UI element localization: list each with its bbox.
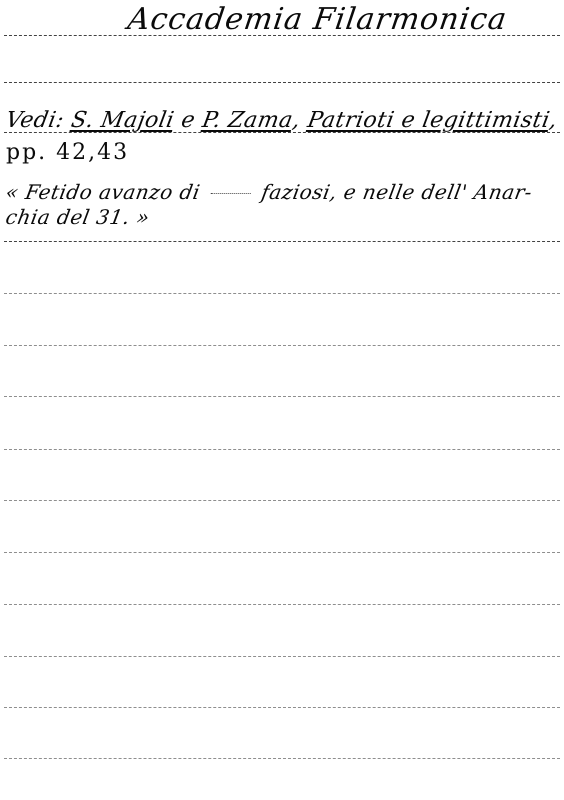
ruled-line bbox=[4, 707, 560, 708]
reference-line: Vedi: S. Majoli e P. Zama, Patrioti e le… bbox=[4, 108, 560, 133]
ruled-line bbox=[4, 345, 560, 346]
reference-author-2: P. Zama bbox=[200, 108, 295, 133]
reference-prefix: Vedi bbox=[4, 108, 58, 133]
card-title: Accademia Filarmonica bbox=[126, 2, 510, 37]
ruled-line bbox=[4, 82, 560, 83]
quote-line-2: chia del 31. » bbox=[4, 205, 152, 229]
ruled-line bbox=[4, 241, 560, 242]
ruled-line bbox=[4, 656, 560, 657]
ruled-line bbox=[4, 758, 560, 759]
quote-text-3: chia del 31. bbox=[4, 205, 132, 229]
ruled-line bbox=[4, 604, 560, 605]
ruled-line bbox=[4, 396, 560, 397]
quote-close-mark: » bbox=[135, 205, 152, 229]
ruled-line bbox=[4, 449, 560, 450]
ruled-line bbox=[4, 552, 560, 553]
quote-open-mark: « bbox=[4, 180, 21, 204]
reference-work-title: Patrioti e legittimisti bbox=[306, 108, 552, 133]
quote-line-1: « Fetido avanzo di faziosi, e nelle dell… bbox=[4, 180, 534, 204]
ruled-line bbox=[4, 293, 560, 294]
reference-conjunction: e bbox=[179, 108, 197, 133]
index-card: Accademia Filarmonica Vedi: S. Majoli e … bbox=[0, 0, 564, 800]
omission-gap bbox=[211, 193, 251, 194]
reference-pages: pp. 42,43 bbox=[6, 140, 129, 165]
ruled-line bbox=[4, 500, 560, 501]
reference-author-1: S. Majoli bbox=[69, 108, 176, 133]
quote-text-2: faziosi, e nelle dell' Anar- bbox=[260, 180, 535, 204]
quote-text-1: Fetido avanzo di bbox=[23, 180, 202, 204]
